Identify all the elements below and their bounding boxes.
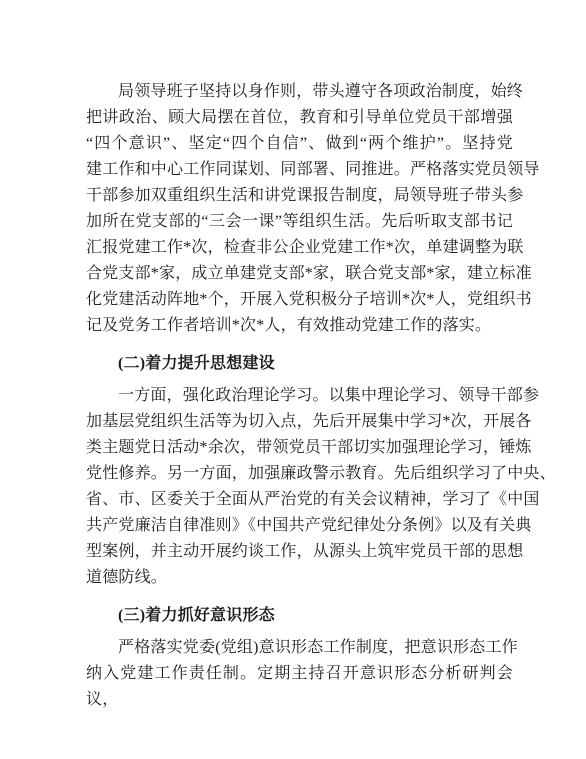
text-line: 干部参加双重组织生活和讲党课报告制度，局领导班子带头参 — [86, 183, 513, 209]
text-line: 一方面，强化政治理论学习。以集中理论学习、领导干部参 — [86, 383, 513, 409]
text-line: 建工作和中心工作同谋划、同部署、同推进。严格落实党员领导 — [86, 157, 513, 183]
text-line: 把讲政治、顾大局摆在首位，教育和引导单位党员干部增强 — [86, 105, 513, 131]
text-line: 化党建活动阵地*个，开展入党积极分子培训*次*人，党组织书 — [86, 287, 513, 313]
text-line: 局领导班子坚持以身作则，带头遵守各项政治制度，始终 — [86, 79, 513, 105]
text-line: 省、市、区委关于全面从严治党的有关会议精神，学习了《中国 — [86, 487, 513, 513]
paragraph: 严格落实党委(党组)意识形态工作制度，把意识形态工作纳入党建工作责任制。定期主持… — [86, 635, 513, 713]
text-line: 记及党务工作者培训*次*人，有效推动党建工作的落实。 — [86, 313, 513, 339]
text-line: 加基层党组织生活等为切入点，先后开展集中学习*次，开展各 — [86, 409, 513, 435]
text-line: 纳入党建工作责任制。定期主持召开意识形态分析研判会议， — [86, 661, 513, 713]
paragraph: 一方面，强化政治理论学习。以集中理论学习、领导干部参加基层党组织生活等为切入点，… — [86, 383, 513, 591]
text-line: 类主题党日活动*余次，带领党员干部切实加强理论学习，锤炼 — [86, 435, 513, 461]
text-line: 道德防线。 — [86, 565, 513, 591]
text-line: 党性修养。另一方面，加强廉政警示教育。先后组织学习了中央、 — [86, 461, 513, 487]
section-heading: (三)着力抓好意识形态 — [86, 603, 513, 629]
document-body: 局领导班子坚持以身作则，带头遵守各项政治制度，始终把讲政治、顾大局摆在首位，教育… — [86, 79, 513, 713]
text-line: 严格落实党委(党组)意识形态工作制度，把意识形态工作 — [86, 635, 513, 661]
section-heading: (二)着力提升思想建设 — [86, 351, 513, 377]
text-line: 型案例，并主动开展约谈工作，从源头上筑牢党员干部的思想 — [86, 539, 513, 565]
text-line: 合党支部*家，成立单建党支部*家，联合党支部*家，建立标准 — [86, 261, 513, 287]
text-line: 共产党廉洁自律准则》《中国共产党纪律处分条例》以及有关典 — [86, 513, 513, 539]
text-line: 加所在党支部的“三会一课”等组织生活。先后听取支部书记 — [86, 209, 513, 235]
document-page: 局领导班子坚持以身作则，带头遵守各项政治制度，始终把讲政治、顾大局摆在首位，教育… — [0, 0, 586, 759]
paragraph: 局领导班子坚持以身作则，带头遵守各项政治制度，始终把讲政治、顾大局摆在首位，教育… — [86, 79, 513, 339]
text-line: “四个意识”、坚定“四个自信”、做到“两个维护”。坚持党 — [86, 131, 513, 157]
text-line: 汇报党建工作*次，检查非公企业党建工作*次，单建调整为联 — [86, 235, 513, 261]
